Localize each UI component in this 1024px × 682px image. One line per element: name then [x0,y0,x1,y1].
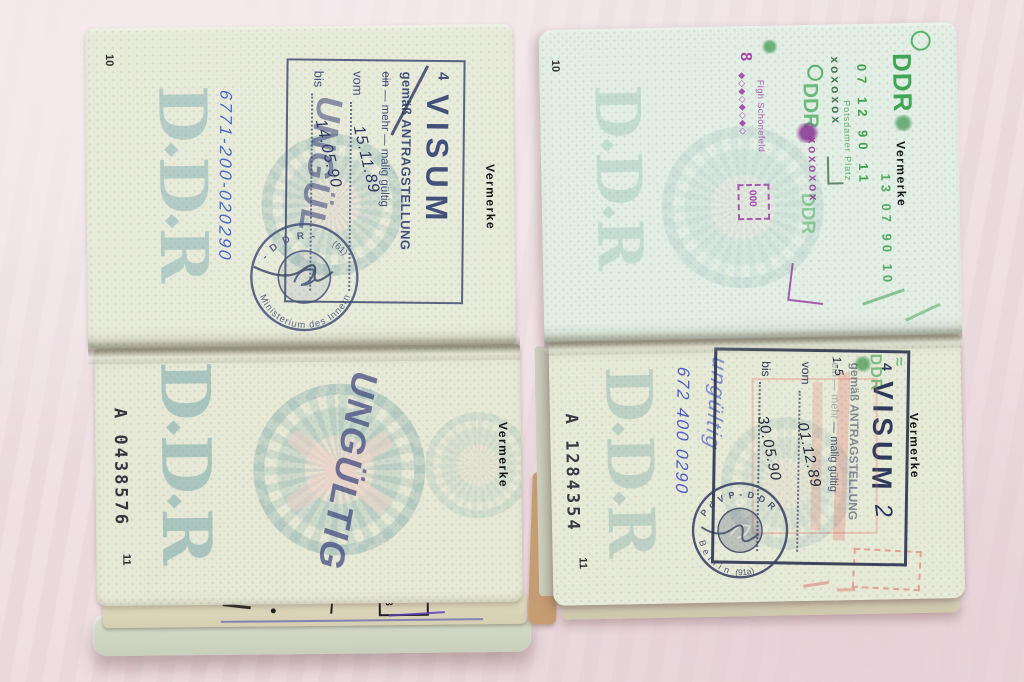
ddr-watermark: D◆D◆R [595,366,663,559]
page-number: 11 [120,554,131,566]
right-passport-page-11: D◆D◆R A 1284354 11 Vermerke 672 400 0290… [548,334,965,606]
left-passport-page-11: D◆D◆R A 0438576 11 Vermerke UNGÜLTIG [94,344,523,606]
page-number: 10 [549,60,560,72]
green-stamp-location: Potsdamer Platz [842,100,853,181]
purple-bracket-mark [787,263,827,305]
right-passport: D◆D◆R A 1284354 11 Vermerke 672 400 0290… [532,12,976,628]
green-scribble [905,303,941,322]
right-passport-page-10: 10 D◆D◆R DDR 07 12 90 11 Potsdamer Platz… [538,22,962,342]
red-stamp-dash [837,588,855,591]
validity-crossed-word: ein [379,71,391,86]
left-passport-page-10: 10 D◆D◆R 6771-200-020290 4 VISUM gemäß A… [85,24,516,348]
green-border-stamp-ddr: DDR [889,53,916,113]
green-scribble [862,288,905,305]
vermerke-label: Vermerke [895,141,908,207]
vermerke-label: Vermerke [497,422,510,488]
visum-corner-number: 4 [434,72,451,81]
green-ddr-overprint: ≈ [889,357,908,369]
photo-scene: 8 D◆D◆R A 0438576 11 Vermerke UNGÜLTIG 1… [0,0,1024,682]
xoxo-cancel-stamp: xoxoxox [829,56,842,126]
ddr-watermark: D◆D◆R [149,85,217,283]
schoenefeld-stamp-chain: ◆◇◆◇◆◇◆◇ [737,72,747,136]
visum-subtitle: gemäß ANTRAGSTELLUNG [845,363,862,553]
ddr-watermark: D◆D◆R [585,84,651,271]
handwritten-suffix: 2 [868,503,898,521]
page-number: 10 [103,54,114,66]
visum-title: VISUM [418,94,455,228]
bis-label: bis [759,361,773,377]
green-stamp-date-2: 13 07 90 10 [879,173,894,286]
page-number: 11 [577,557,588,569]
schoenefeld-stamp-airport: Flgh Schönefeld [755,80,765,153]
green-ink-blob [761,39,779,53]
bis-label: bis [311,71,326,88]
handwritten-number: 6771-200-020290 [216,89,234,263]
stack-ink-dot [271,608,276,613]
vermerke-label: Vermerke [908,413,921,479]
vermerke-label: Vermerke [484,164,497,230]
ministry-round-stamp: - D D R - (61) Ministerium des Innern [234,207,375,348]
green-stamp-date: 07 12 90 11 [855,64,870,187]
ddr-watermark: D◆D◆R [150,361,220,565]
green-stamp-emblem-ring [807,65,823,81]
handwritten-note: 1-5 [830,355,847,377]
green-bracket-mark [827,156,844,184]
green-stamp-emblem-ring [910,31,930,51]
visum-title-row: 4 VISUM [417,72,455,292]
red-stamp-dash [803,581,829,588]
schoenefeld-stamp-number: 8 [737,52,753,61]
serial-number: A 0438576 [111,408,129,527]
green-border-stamp-ddr-2: DDR [799,83,821,129]
stack-blue-edge-line [221,618,483,622]
handwritten-number: 672 400 0290 [673,366,692,496]
green-ink-blob [892,115,914,131]
schoenefeld-stamp-code: 000 [747,190,757,207]
police-round-stamp: P d V P - D D R B e r l i n (91a) [682,472,798,588]
purple-xoxo-stamp: xoxoxox [806,137,819,203]
validity-rest: — malig gültig [827,422,840,492]
serial-number: A 1284354 [562,413,581,532]
vom-label: vom [350,71,365,96]
schoenefeld-stamp-code-box: 000 [737,184,770,221]
left-passport: 8 D◆D◆R A 0438576 11 Vermerke UNGÜLTIG 1… [81,16,534,669]
